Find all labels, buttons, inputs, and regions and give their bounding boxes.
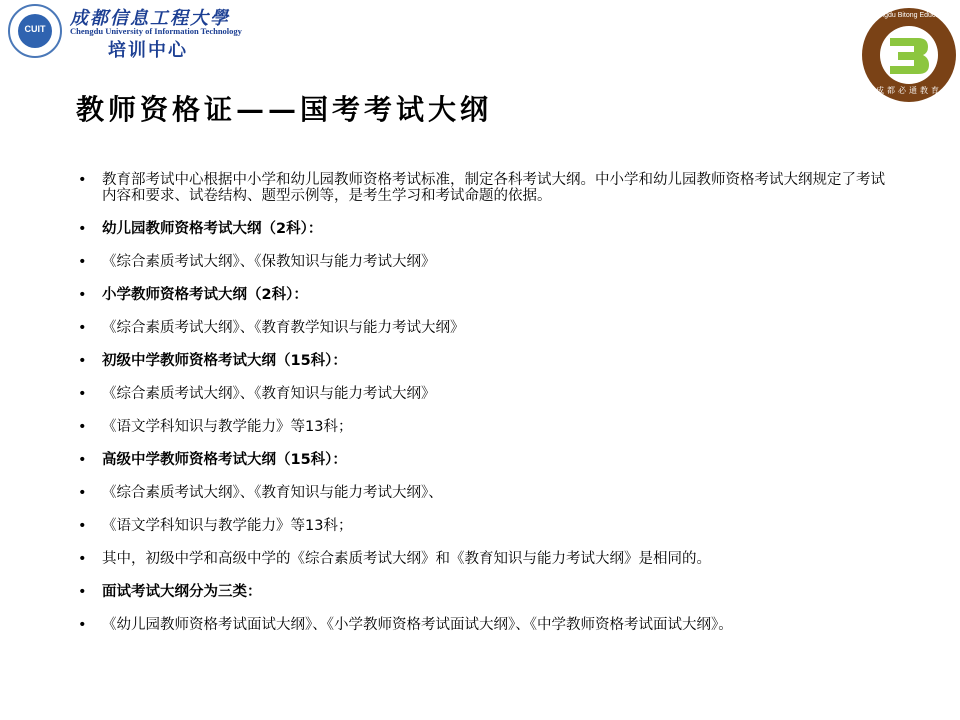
bullet-icon: • xyxy=(78,452,87,468)
bullet-icon: • xyxy=(78,353,87,369)
bullet-icon: • xyxy=(78,254,87,270)
partner-seal-top-text: Chengdu Bitong Education xyxy=(862,12,956,19)
list-item: •教育部考试中心根据中小学和幼儿园教师资格考试标准，制定各科考试大纲。中小学和幼… xyxy=(78,172,898,204)
list-item: •其中，初级中学和高级中学的《综合素质考试大纲》和《教育知识与能力考试大纲》是相… xyxy=(78,551,898,567)
list-item-heading: •初级中学教师资格考试大纲（15科）： xyxy=(78,353,898,369)
list-item-heading: •高级中学教师资格考试大纲（15科）： xyxy=(78,452,898,468)
list-item: •《语文学科知识与教学能力》等13科； xyxy=(78,518,898,534)
bullet-icon: • xyxy=(78,386,87,402)
bitong-education-logo-icon: Chengdu Bitong Education 成都必通教育 xyxy=(862,8,956,102)
bullet-icon: • xyxy=(78,485,87,501)
partner-seal-bottom-text: 成都必通教育 xyxy=(862,85,956,96)
list-item-heading: •幼儿园教师资格考试大纲（2科）： xyxy=(78,221,898,237)
list-item: •《幼儿园教师资格考试面试大纲》、《小学教师资格考试面试大纲》、《中学教师资格考… xyxy=(78,617,898,633)
training-center-name: 培训中心 xyxy=(108,36,188,62)
bullet-icon: • xyxy=(78,617,87,633)
slide-title: 教师资格证——国考考试大纲 xyxy=(76,88,492,128)
bullet-icon: • xyxy=(78,172,87,188)
list-item-heading: •面试考试大纲分为三类： xyxy=(78,584,898,600)
list-item: •《综合素质考试大纲》、《保教知识与能力考试大纲》 xyxy=(78,254,898,270)
bullet-icon: • xyxy=(78,221,87,237)
list-item: •《综合素质考试大纲》、《教育知识与能力考试大纲》 xyxy=(78,386,898,402)
bullet-icon: • xyxy=(78,287,87,303)
seal-text: CUIT xyxy=(10,24,60,34)
bullet-icon: • xyxy=(78,518,87,534)
bullet-icon: • xyxy=(78,551,87,567)
bullet-icon: • xyxy=(78,419,87,435)
bullet-list: •教育部考试中心根据中小学和幼儿园教师资格考试标准，制定各科考试大纲。中小学和幼… xyxy=(78,172,898,650)
university-name-en: Chengdu University of Information Techno… xyxy=(70,26,242,36)
list-item: •《综合素质考试大纲》、《教育教学知识与能力考试大纲》 xyxy=(78,320,898,336)
b-mark-icon xyxy=(890,38,930,74)
university-logo: CUIT 成都信息工程大學 Chengdu University of Info… xyxy=(8,4,248,60)
list-item: •《语文学科知识与教学能力》等13科； xyxy=(78,419,898,435)
bullet-icon: • xyxy=(78,584,87,600)
list-item-heading: •小学教师资格考试大纲（2科）： xyxy=(78,287,898,303)
bullet-icon: • xyxy=(78,320,87,336)
list-item: •《综合素质考试大纲》、《教育知识与能力考试大纲》、 xyxy=(78,485,898,501)
cuit-seal-icon: CUIT xyxy=(8,4,62,58)
